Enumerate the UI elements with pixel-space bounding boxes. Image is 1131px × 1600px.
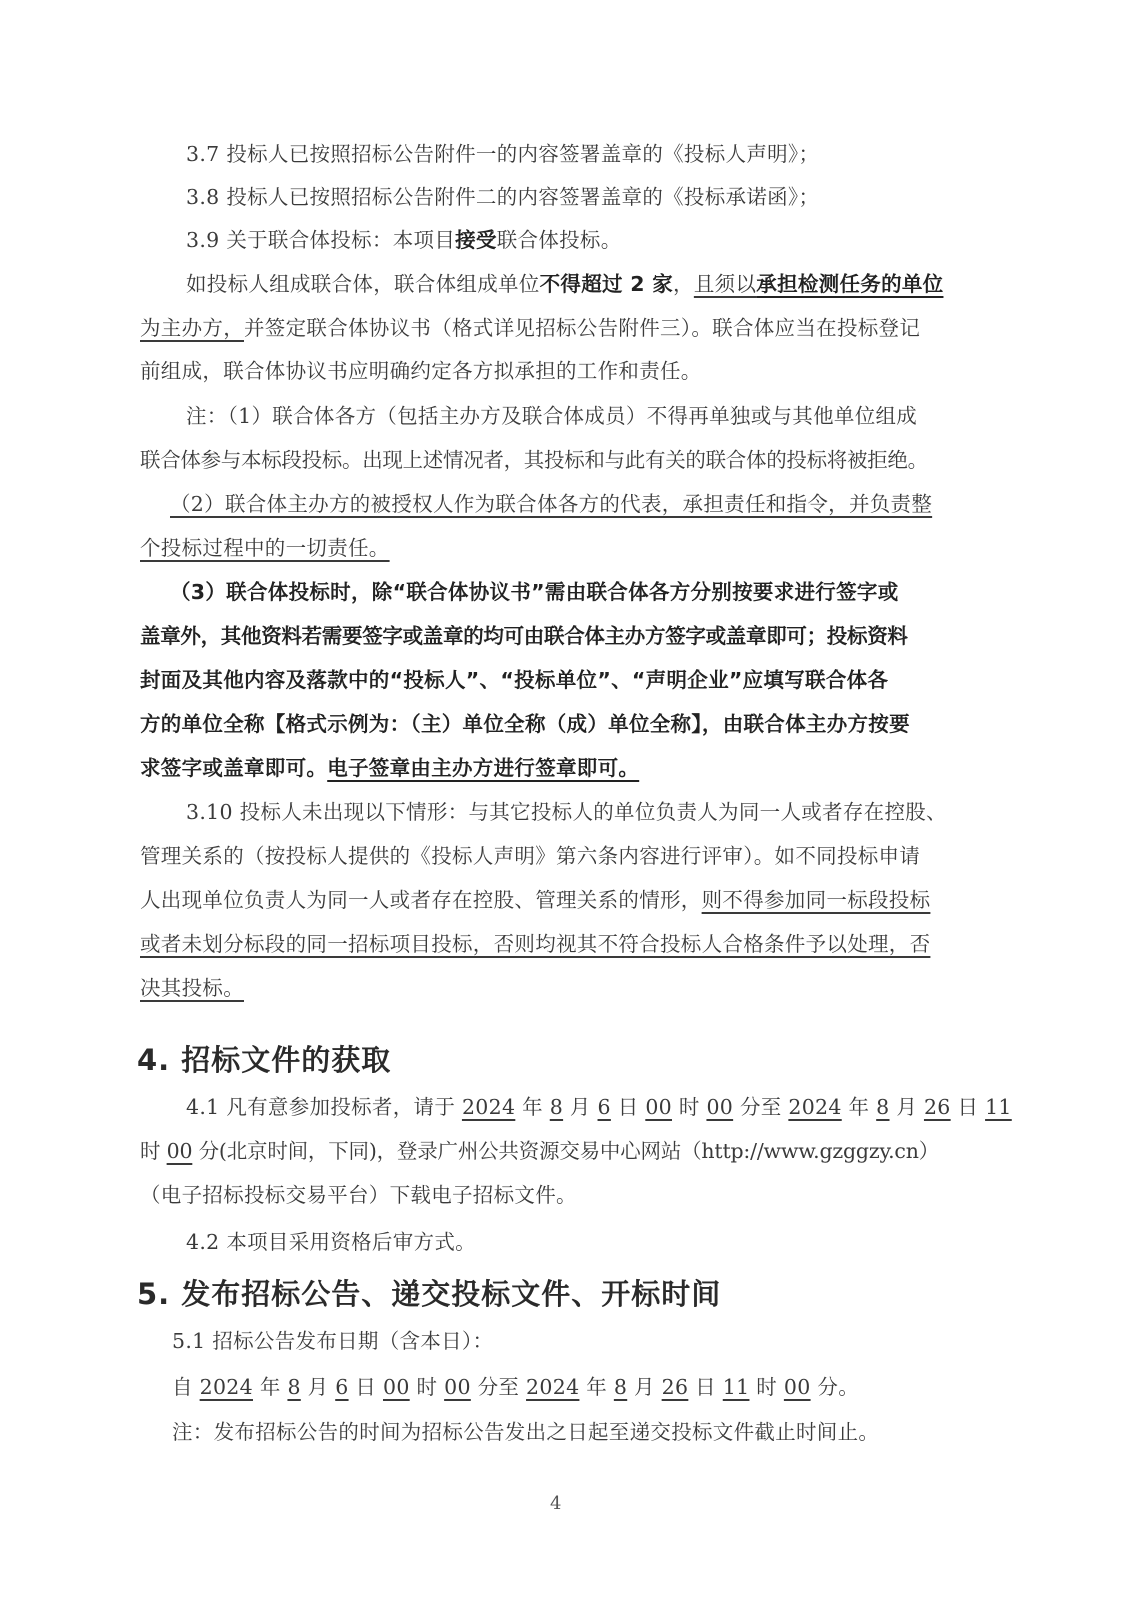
clause-4-1-line1: 4.1 凡有意参加投标者，请于 2024 年 8 月 6 日 00 时 00 分… (186, 1093, 1036, 1121)
clause-4-2: 4.2 本项目采用资格后审方式。 (186, 1228, 1036, 1256)
clause-3-10-line3: 人出现单位负责人为同一人或者存在控股、管理关系的情形，则不得参加同一标段投标 (140, 886, 990, 914)
clause-3-10-line5: 决其投标。 (140, 974, 990, 1002)
note-3-line5: 求签字或盖章即可。电子签章由主办方进行签章即可。 (140, 754, 990, 782)
joint-venture-para-line1: 如投标人组成联合体，联合体组成单位不得超过 2 家，且须以承担检测任务的单位 (186, 270, 1036, 298)
note-3-line3: 封面及其他内容及落款中的“投标人”、“投标单位”、“声明企业”应填写联合体各 (140, 666, 990, 694)
clause-3-10-line2: 管理关系的（按投标人提供的《投标人声明》第六条内容进行评审）。如不同投标申请 (140, 842, 990, 870)
note-3-line2: 盖章外，其他资料若需要签字或盖章的均可由联合体主办方签字或盖章即可；投标资料 (140, 622, 990, 650)
clause-3-8: 3.8 投标人已按照招标公告附件二的内容签署盖章的《投标承诺函》； (186, 183, 1036, 211)
clause-5-1-dates: 自 2024 年 8 月 6 日 00 时 00 分至 2024 年 8 月 2… (172, 1373, 1022, 1401)
clause-4-1-line2: 时 00 分(北京时间，下同)，登录广州公共资源交易中心网站（http://ww… (140, 1137, 990, 1165)
page-number: 4 (550, 1493, 561, 1514)
note-1-line2: 联合体参与本标段投标。出现上述情况者，其投标和与此有关的联合体的投标将被拒绝。 (140, 446, 990, 474)
joint-venture-para-line2: 为主办方，并签定联合体协议书（格式详见招标公告附件三）。联合体应当在投标登记 (140, 314, 990, 342)
section-4-heading: 4. 招标文件的获取 (137, 1038, 391, 1079)
clause-4-1-line3: （电子招标投标交易平台）下载电子招标文件。 (140, 1181, 990, 1209)
clause-5-1: 5.1 招标公告发布日期（含本日）： (172, 1327, 1022, 1355)
joint-venture-para-line3: 前组成，联合体协议书应明确约定各方拟承担的工作和责任。 (140, 357, 990, 385)
clause-5-note: 注：发布招标公告的时间为招标公告发出之日起至递交投标文件截止时间止。 (172, 1418, 1022, 1446)
clause-3-10-line1: 3.10 投标人未出现以下情形：与其它投标人的单位负责人为同一人或者存在控股、 (186, 798, 1036, 826)
clause-3-9: 3.9 关于联合体投标：本项目接受联合体投标。 (186, 226, 1036, 254)
note-2-line1: （2）联合体主办方的被授权人作为联合体各方的代表，承担责任和指令，并负责整 (170, 490, 980, 518)
clause-3-7: 3.7 投标人已按照招标公告附件一的内容签署盖章的《投标人声明》； (186, 140, 1036, 168)
note-3-line4: 方的单位全称【格式示例为：（主）单位全称（成）单位全称】，由联合体主办方按要 (140, 710, 990, 738)
clause-3-10-line4: 或者未划分标段的同一招标项目投标，否则均视其不符合投标人合格条件予以处理，否 (140, 930, 990, 958)
note-1-line1: 注：（1）联合体各方（包括主办方及联合体成员）不得再单独或与其他单位组成 (186, 402, 1036, 430)
document-page: 3.7 投标人已按照招标公告附件一的内容签署盖章的《投标人声明》； 3.8 投标… (0, 0, 1131, 1600)
accept-emphasis: 接受 (455, 228, 497, 252)
section-5-heading: 5. 发布招标公告、递交投标文件、开标时间 (137, 1272, 721, 1313)
note-2-line2: 个投标过程中的一切责任。 (140, 534, 990, 562)
note-3-line1: （3）联合体投标时，除“联合体协议书”需由联合体各方分别按要求进行签字或 (170, 578, 1020, 606)
